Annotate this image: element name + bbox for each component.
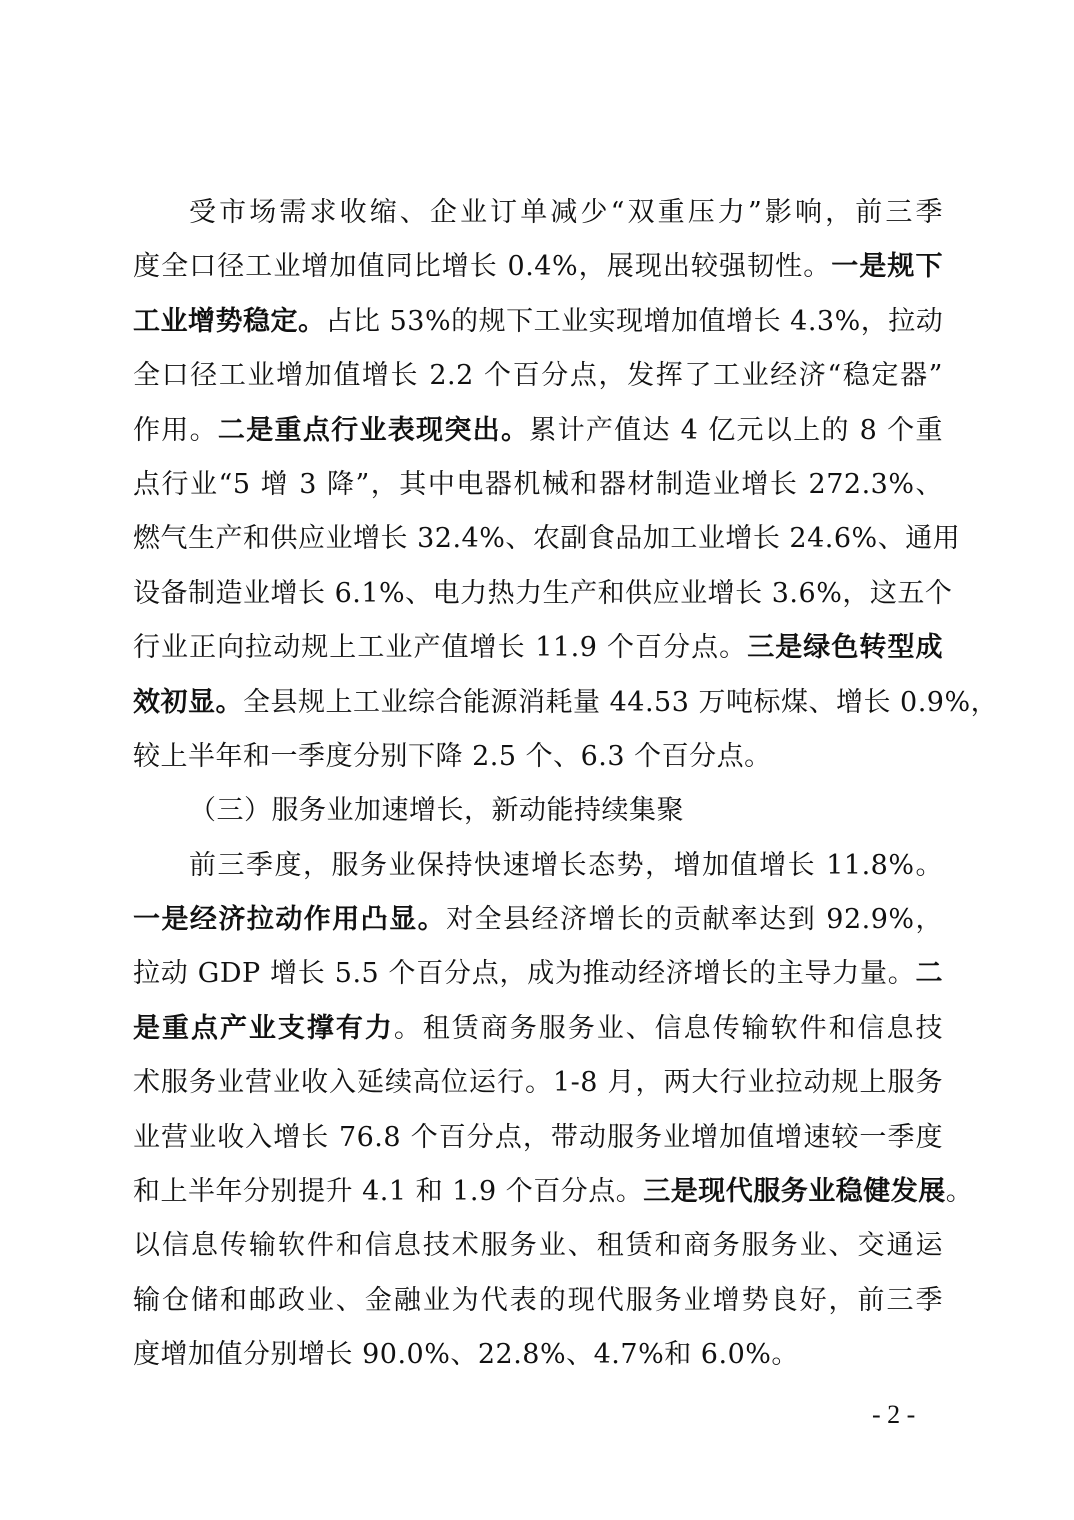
bold-heading-text: 一是经济拉动作用凸显。	[133, 904, 446, 935]
body-text: 。租赁商务服务业、信息传输软件和信息技	[394, 1013, 943, 1044]
text-line: 是重点产业支撑有力。租赁商务服务业、信息传输软件和信息技	[133, 1006, 943, 1060]
body-text: 以信息传输软件和信息技术服务业、租赁和商务服务业、交通运	[133, 1230, 943, 1261]
bold-heading-text: 二是重点行业表现突出。	[218, 415, 529, 446]
bold-heading-text: 效初显。	[133, 687, 243, 718]
body-text: 拉动 GDP 增长 5.5 个百分点，成为推动经济增长的主导力量。	[133, 958, 916, 989]
text-line: 设备制造业增长 6.1%、电力热力生产和供应业增长 3.6%，这五个	[133, 571, 943, 625]
body-text: （三）服务业加速增长，新动能持续集聚	[189, 795, 684, 826]
body-text: 行业正向拉动规上工业产值增长 11.9 个百分点。	[133, 632, 747, 663]
text-line: （三）服务业加速增长，新动能持续集聚	[133, 788, 943, 842]
text-line: 作用。二是重点行业表现突出。累计产值达 4 亿元以上的 8 个重	[133, 408, 943, 462]
text-line: 较上半年和一季度分别下降 2.5 个、6.3 个百分点。	[133, 734, 943, 788]
page-number: - 2 -	[872, 1400, 915, 1430]
text-line: 拉动 GDP 增长 5.5 个百分点，成为推动经济增长的主导力量。二	[133, 951, 943, 1005]
bold-heading-text: 三是现代服务业稳健发展	[643, 1176, 946, 1207]
body-text: 占比 53%的规下工业实现增加值增长 4.3%，拉动	[326, 306, 944, 337]
document-body: 受市场需求收缩、企业订单减少“双重压力”影响，前三季度全口径工业增加值同比增长 …	[133, 190, 943, 1387]
bold-heading-text: 三是绿色转型成	[747, 632, 943, 663]
text-line: 燃气生产和供应业增长 32.4%、农副食品加工业增长 24.6%、通用	[133, 516, 943, 570]
bold-heading-text: 二	[916, 958, 944, 989]
body-text: 输仓储和邮政业、金融业为代表的现代服务业增势良好，前三季	[133, 1285, 943, 1316]
text-line: 以信息传输软件和信息技术服务业、租赁和商务服务业、交通运	[133, 1223, 943, 1277]
body-text: 点行业“5 增 3 降”，其中电器机械和器材制造业增长 272.3%、	[133, 469, 943, 500]
body-text: 前三季度，服务业保持快速增长态势，增加值增长 11.8%。	[189, 850, 943, 881]
bold-heading-text: 工业增势稳定。	[133, 306, 326, 337]
body-text: 度全口径工业增加值同比增长 0.4%，展现出较强韧性。	[133, 251, 831, 282]
body-text: 对全县经济增长的贡献率达到 92.9%，	[446, 904, 943, 935]
body-text: 较上半年和一季度分别下降 2.5 个、6.3 个百分点。	[133, 741, 772, 772]
text-line: 输仓储和邮政业、金融业为代表的现代服务业增势良好，前三季	[133, 1278, 943, 1332]
text-line: 和上半年分别提升 4.1 和 1.9 个百分点。三是现代服务业稳健发展。	[133, 1169, 943, 1223]
bold-heading-text: 是重点产业支撑有力	[133, 1013, 394, 1044]
body-text: 术服务业营业收入延续高位运行。1-8 月，两大行业拉动规上服务	[133, 1067, 943, 1098]
body-text: 累计产值达 4 亿元以上的 8 个重	[529, 415, 943, 446]
body-text: 度增加值分别增长 90.0%、22.8%、4.7%和 6.0%。	[133, 1339, 799, 1370]
body-text: 受市场需求收缩、企业订单减少“双重压力”影响，前三季	[189, 197, 943, 228]
body-text: 全口径工业增加值增长 2.2 个百分点，发挥了工业经济“稳定器”	[133, 360, 943, 391]
body-text: 业营业收入增长 76.8 个百分点，带动服务业增加值增速较一季度	[133, 1122, 943, 1153]
text-line: 度增加值分别增长 90.0%、22.8%、4.7%和 6.0%。	[133, 1332, 943, 1386]
text-line: 工业增势稳定。占比 53%的规下工业实现增加值增长 4.3%，拉动	[133, 299, 943, 353]
text-line: 行业正向拉动规上工业产值增长 11.9 个百分点。三是绿色转型成	[133, 625, 943, 679]
body-text: 和上半年分别提升 4.1 和 1.9 个百分点。	[133, 1176, 643, 1207]
text-line: 术服务业营业收入延续高位运行。1-8 月，两大行业拉动规上服务	[133, 1060, 943, 1114]
text-line: 一是经济拉动作用凸显。对全县经济增长的贡献率达到 92.9%，	[133, 897, 943, 951]
bold-heading-text: 一是规下	[831, 251, 943, 282]
body-text: 全县规上工业综合能源消耗量 44.53 万吨标煤、增长 0.9%，	[243, 687, 998, 718]
text-line: 度全口径工业增加值同比增长 0.4%，展现出较强韧性。一是规下	[133, 244, 943, 298]
body-text: 作用。	[133, 415, 218, 446]
text-line: 点行业“5 增 3 降”，其中电器机械和器材制造业增长 272.3%、	[133, 462, 943, 516]
text-line: 受市场需求收缩、企业订单减少“双重压力”影响，前三季	[133, 190, 943, 244]
text-line: 业营业收入增长 76.8 个百分点，带动服务业增加值增速较一季度	[133, 1115, 943, 1169]
body-text: 设备制造业增长 6.1%、电力热力生产和供应业增长 3.6%，这五个	[133, 578, 952, 609]
text-line: 全口径工业增加值增长 2.2 个百分点，发挥了工业经济“稳定器”	[133, 353, 943, 407]
body-text: 燃气生产和供应业增长 32.4%、农副食品加工业增长 24.6%、通用	[133, 523, 960, 554]
body-text: 。	[946, 1176, 974, 1207]
text-line: 效初显。全县规上工业综合能源消耗量 44.53 万吨标煤、增长 0.9%，	[133, 680, 943, 734]
text-line: 前三季度，服务业保持快速增长态势，增加值增长 11.8%。	[133, 843, 943, 897]
